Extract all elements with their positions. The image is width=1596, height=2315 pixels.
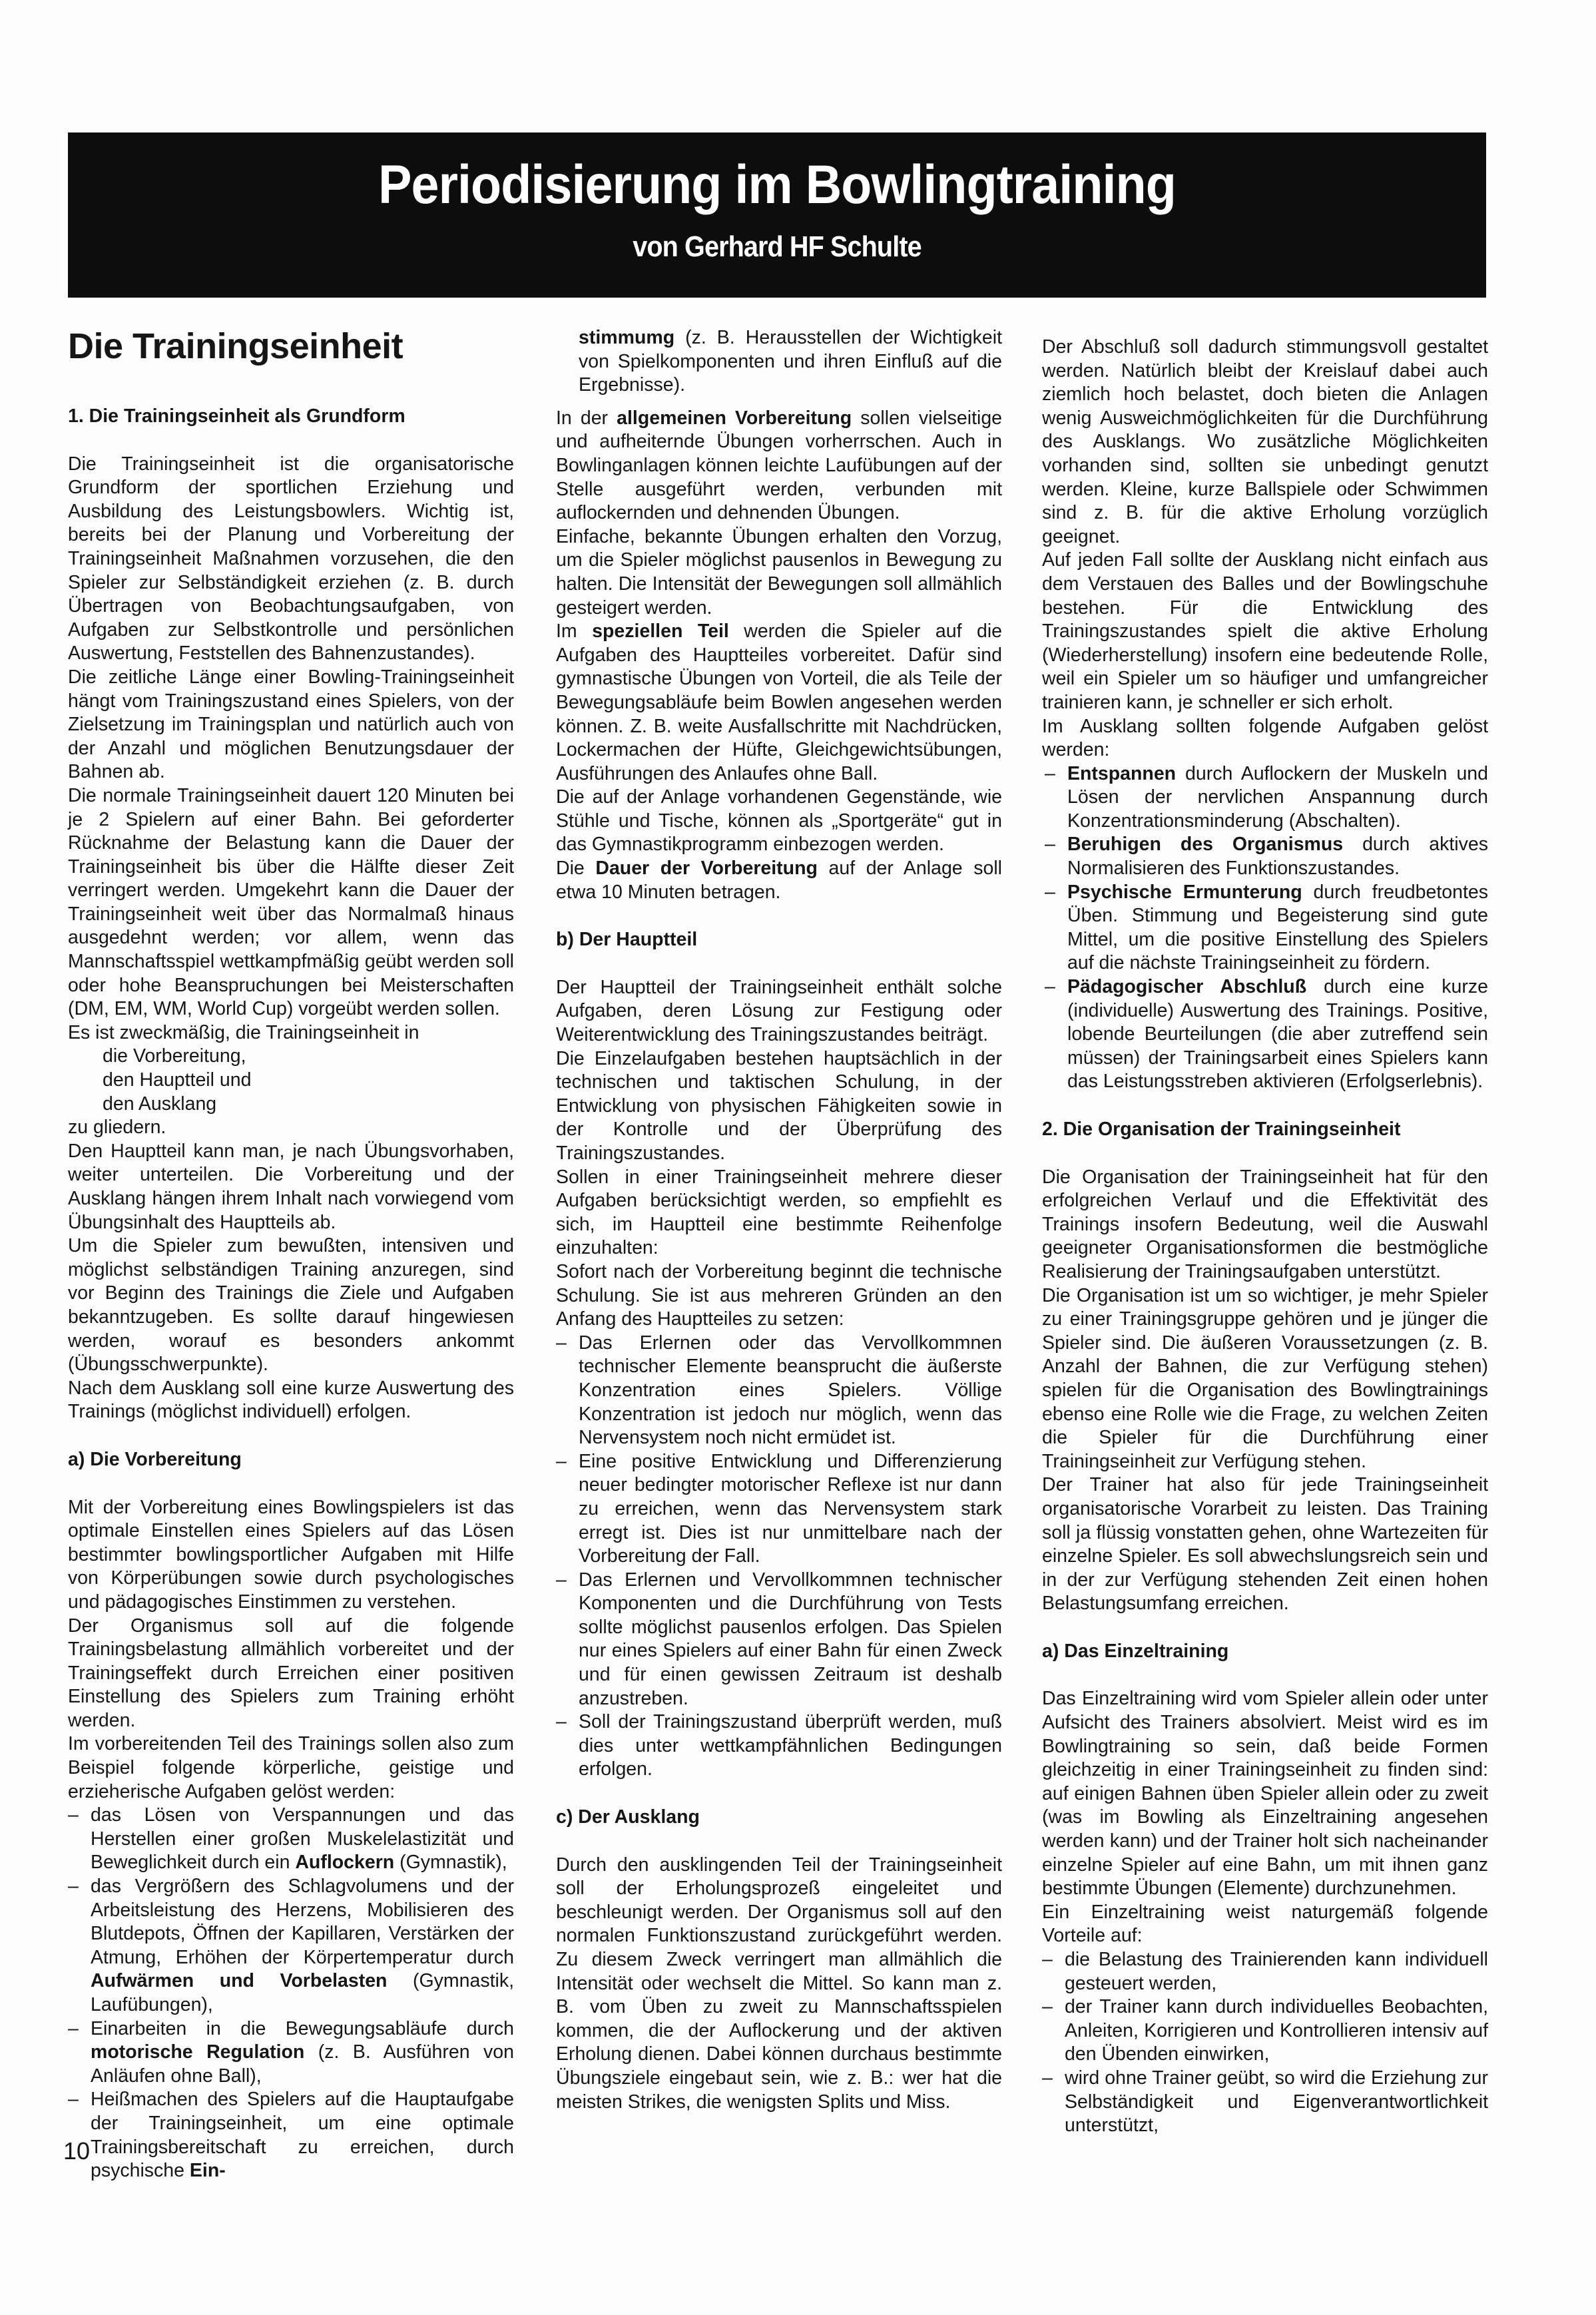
cooldown-task-list: Entspannen durch Auflockern der Muskeln …: [1042, 762, 1488, 1094]
paragraph: In der allgemeinen Vorbereitung sollen v…: [556, 407, 1002, 525]
paragraph: Sofort nach der Vorbereitung beginnt die…: [556, 1260, 1002, 1332]
page-number: 10: [63, 2137, 90, 2165]
paragraph: Es ist zweckmäßig, die Trainingseinheit …: [68, 1021, 514, 1045]
list-line: den Ausklang: [68, 1093, 514, 1117]
paragraph: Im vorbereitenden Teil des Trainings sol…: [68, 1732, 514, 1804]
paragraph: Ein Einzeltraining weist naturgemäß folg…: [1042, 1901, 1488, 1948]
paragraph: Sollen in einer Trainingseinheit mehrere…: [556, 1166, 1002, 1260]
list-item: das Vergrößern des Schlagvolumens und de…: [68, 1875, 514, 2017]
paragraph: Die Trainingseinheit ist die organisator…: [68, 453, 514, 666]
section-a-heading: a) Die Vorbereitung: [68, 1448, 514, 1472]
paragraph: Nach dem Ausklang soll eine kurze Auswer…: [68, 1377, 514, 1424]
paragraph: Im Ausklang sollten folgende Aufgaben ge…: [1042, 715, 1488, 762]
list-item: Einarbeiten in die Bewegungsabläufe durc…: [68, 2017, 514, 2089]
paragraph: Die Organisation ist um so wichtiger, je…: [1042, 1284, 1488, 1474]
list-item: Das Erlernen oder das Vervollkommnen tec…: [556, 1332, 1002, 1450]
paragraph: Das Einzeltraining wird vom Spieler alle…: [1042, 1687, 1488, 1900]
list-item: Entspannen durch Auflockern der Muskeln …: [1045, 762, 1488, 834]
column-1: Die Trainingseinheit 1. Die Trainingsein…: [68, 326, 514, 2183]
list-item: Heißmachen des Spielers auf die Hauptauf…: [68, 2088, 514, 2183]
list-item: der Trainer kann durch individuelles Beo…: [1042, 1995, 1488, 2067]
paragraph: Mit der Vorbereitung eines Bowlingspiele…: [68, 1496, 514, 1615]
paragraph: Die normale Trainingseinheit dauert 120 …: [68, 784, 514, 1021]
list-item: wird ohne Trainer geübt, so wird die Erz…: [1042, 2067, 1488, 2138]
paragraph: zu gliedern.: [68, 1116, 514, 1140]
list-item: das Lösen von Verspannungen und das Hers…: [68, 1804, 514, 1875]
section-c-heading: c) Der Ausklang: [556, 1806, 1002, 1830]
list-item: Das Erlernen und Vervollkommnen technisc…: [556, 1569, 1002, 1711]
column-3: Der Abschluß soll dadurch stimmungsvoll …: [1042, 326, 1488, 2138]
paragraph: Um die Spieler zum bewußten, intensiven …: [68, 1234, 514, 1377]
list-item: Soll der Trainingszustand überprüft werd…: [556, 1710, 1002, 1782]
list-continuation: stimmumg (z. B. Herausstellen der Wichti…: [556, 326, 1002, 397]
main-heading: Die Trainingseinheit: [68, 326, 514, 366]
paragraph: Die zeitliche Länge einer Bowling-Traini…: [68, 666, 514, 784]
paragraph: Auf jeden Fall sollte der Ausklang nicht…: [1042, 549, 1488, 714]
paragraph: Der Organismus soll auf die folgende Tra…: [68, 1615, 514, 1733]
paragraph: Die Einzelaufgaben bestehen hauptsächlic…: [556, 1047, 1002, 1166]
paragraph: Den Hauptteil kann man, je nach Übungsvo…: [68, 1140, 514, 1234]
section-a-einzeltraining-heading: a) Das Einzeltraining: [1042, 1640, 1488, 1664]
list-item: Eine positive Entwicklung und Differenzi…: [556, 1450, 1002, 1569]
paragraph: Die auf der Anlage vorhandenen Gegenstän…: [556, 786, 1002, 857]
column-2: stimmumg (z. B. Herausstellen der Wichti…: [556, 326, 1002, 2114]
paragraph: Der Trainer hat also für jede Trainingse…: [1042, 1473, 1488, 1616]
list-item: Pädagogischer Abschluß durch eine kurze …: [1045, 975, 1488, 1094]
paragraph: Die Organisation der Trainingseinheit ha…: [1042, 1166, 1488, 1284]
paragraph: Der Hauptteil der Trainingseinheit enthä…: [556, 976, 1002, 1047]
paragraph: Durch den ausklingenden Teil der Trainin…: [556, 1854, 1002, 2115]
preparation-task-list: das Lösen von Verspannungen und das Hers…: [68, 1804, 514, 2183]
paragraph: Der Abschluß soll dadurch stimmungsvoll …: [1042, 336, 1488, 549]
article-byline: von Gerhard HF Schulte: [139, 232, 1416, 262]
paragraph: Im speziellen Teil werden die Spieler au…: [556, 620, 1002, 786]
list-item: die Belastung des Trainierenden kann ind…: [1042, 1948, 1488, 1995]
main-part-list: Das Erlernen oder das Vervollkommnen tec…: [556, 1332, 1002, 1782]
section-b-heading: b) Der Hauptteil: [556, 928, 1002, 952]
list-line: die Vorbereitung,: [68, 1045, 514, 1069]
section-1-heading: 1. Die Trainingseinheit als Grundform: [68, 405, 514, 429]
list-item: Psychische Ermunterung durch freudbetont…: [1045, 881, 1488, 975]
paragraph: Einfache, bekannte Übungen erhalten den …: [556, 525, 1002, 620]
list-line: den Hauptteil und: [68, 1069, 514, 1093]
list-item: Beruhigen des Organismus durch aktives N…: [1045, 833, 1488, 880]
section-2-heading: 2. Die Organisation der Trainingseinheit: [1042, 1118, 1488, 1142]
paragraph: Die Dauer der Vorbereitung auf der Anlag…: [556, 857, 1002, 904]
individual-training-advantages-list: die Belastung des Trainierenden kann ind…: [1042, 1948, 1488, 2138]
article-title: Periodisierung im Bowlingtraining: [125, 158, 1430, 212]
title-banner: Periodisierung im Bowlingtraining von Ge…: [68, 132, 1486, 298]
